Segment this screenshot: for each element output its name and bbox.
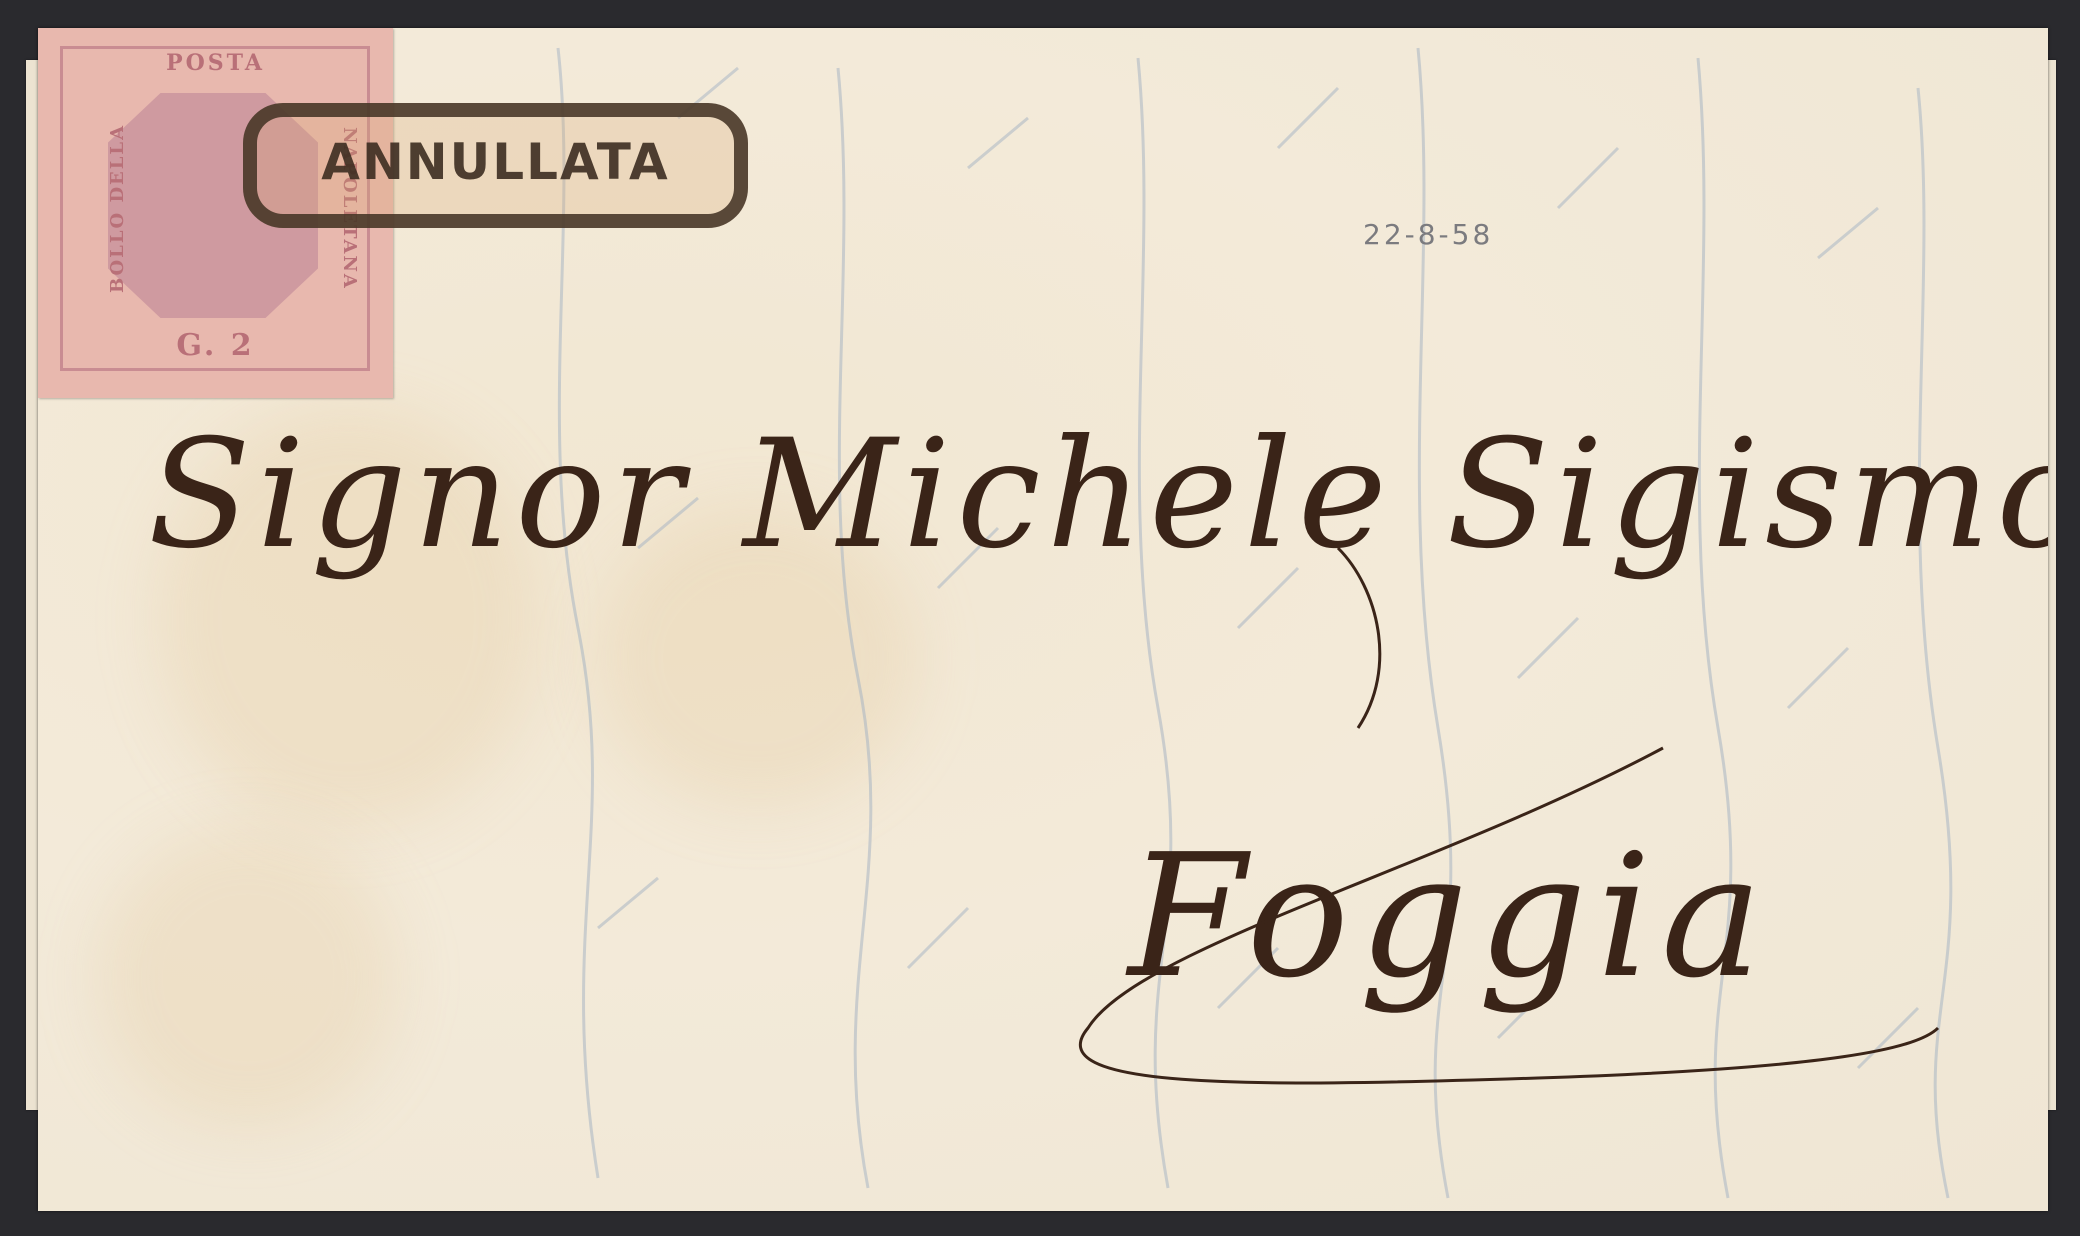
letter-cover: POSTA BOLLO DELLA NAPOLETANA G. 2 ANNULL… (38, 28, 2048, 1211)
address-flourish (38, 28, 2048, 1211)
